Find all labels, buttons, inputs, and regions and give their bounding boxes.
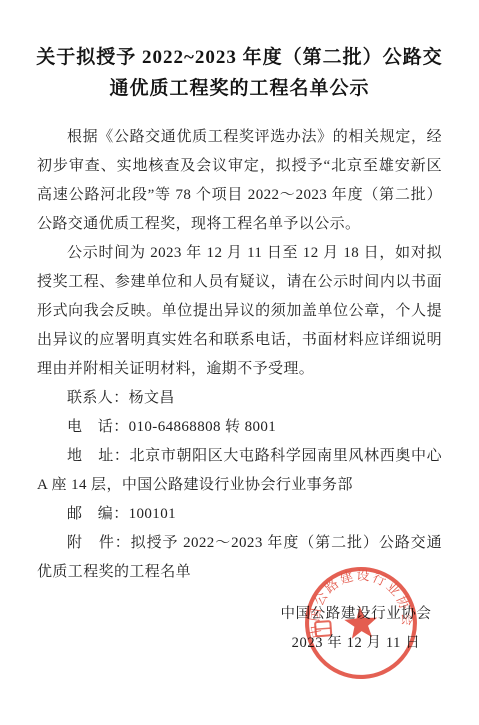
contact-phone-line: 电 话：010-64868808 转 8001: [37, 413, 442, 442]
paragraph-notice-period: 公示时间为 2023 年 12 月 11 日至 12 月 18 日，如对拟授奖工…: [37, 239, 442, 384]
document-title: 关于拟授予 2022~2023 年度（第二批）公路交通优质工程奖的工程名单公示: [29, 42, 451, 104]
postal-code-line: 邮 编：100101: [37, 500, 442, 529]
document-body: 根据《公路交通优质工程奖评选办法》的相关规定，经初步审查、实地核查及会议审定，拟…: [37, 123, 442, 587]
official-seal-stamp: 中国公路建设行业协会: [299, 561, 423, 685]
seal-star-icon: [343, 606, 378, 640]
seal-inner-box-mark-stroke: [316, 628, 331, 629]
contact-address-line: 地 址：北京市朝阳区大屯路科学园南里风林西奥中心 A 座 14 层，中国公路建设…: [37, 442, 442, 500]
contact-person-line: 联系人：杨文昌: [37, 384, 442, 413]
paragraph-basis: 根据《公路交通优质工程奖评选办法》的相关规定，经初步审查、实地核查及会议审定，拟…: [37, 123, 442, 239]
document-page: 关于拟授予 2022~2023 年度（第二批）公路交通优质工程奖的工程名单公示 …: [0, 0, 479, 725]
